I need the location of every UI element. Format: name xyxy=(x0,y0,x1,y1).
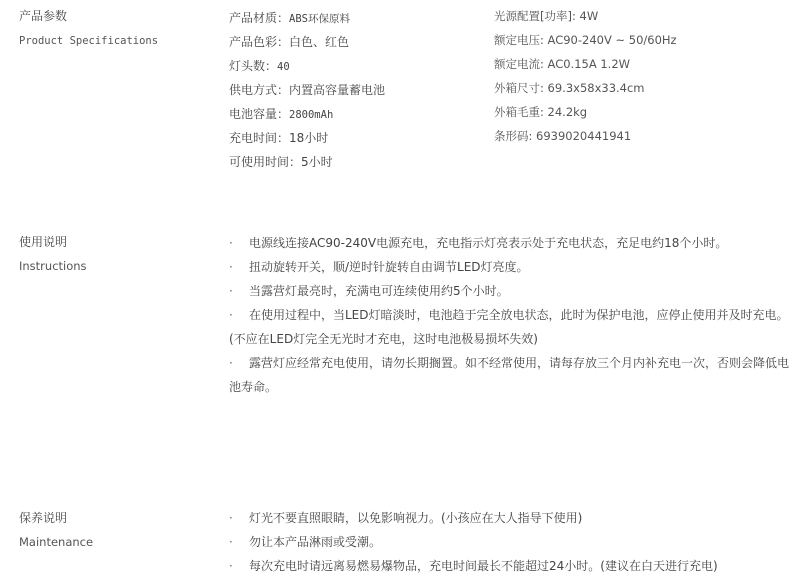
maintenance-text: 勿让本产品淋雨或受潮。 xyxy=(249,535,381,549)
maintenance-text: 灯光不要直照眼睛，以免影响视力。(小孩应在大人指导下使用) xyxy=(249,511,582,525)
maintenance-line: ·每次充电时请远离易燃易爆物品，充电时间最长不能超过24小时。(建议在白天进行充… xyxy=(229,558,718,574)
maintenance-title: 保养说明 xyxy=(19,510,67,526)
bullet-dot: · xyxy=(229,558,249,574)
maintenance-section: 保养说明 Maintenance ·灯光不要直照眼睛，以免影响视力。(小孩应在大… xyxy=(0,0,800,583)
maintenance-text: 每次充电时请远离易燃易爆物品，充电时间最长不能超过24小时。(建议在白天进行充电… xyxy=(249,559,718,573)
bullet-dot: · xyxy=(229,534,249,550)
maintenance-subtitle: Maintenance xyxy=(19,534,93,550)
maintenance-line: ·勿让本产品淋雨或受潮。 xyxy=(229,534,381,550)
bullet-dot: · xyxy=(229,510,249,526)
maintenance-line: ·灯光不要直照眼睛，以免影响视力。(小孩应在大人指导下使用) xyxy=(229,510,582,526)
